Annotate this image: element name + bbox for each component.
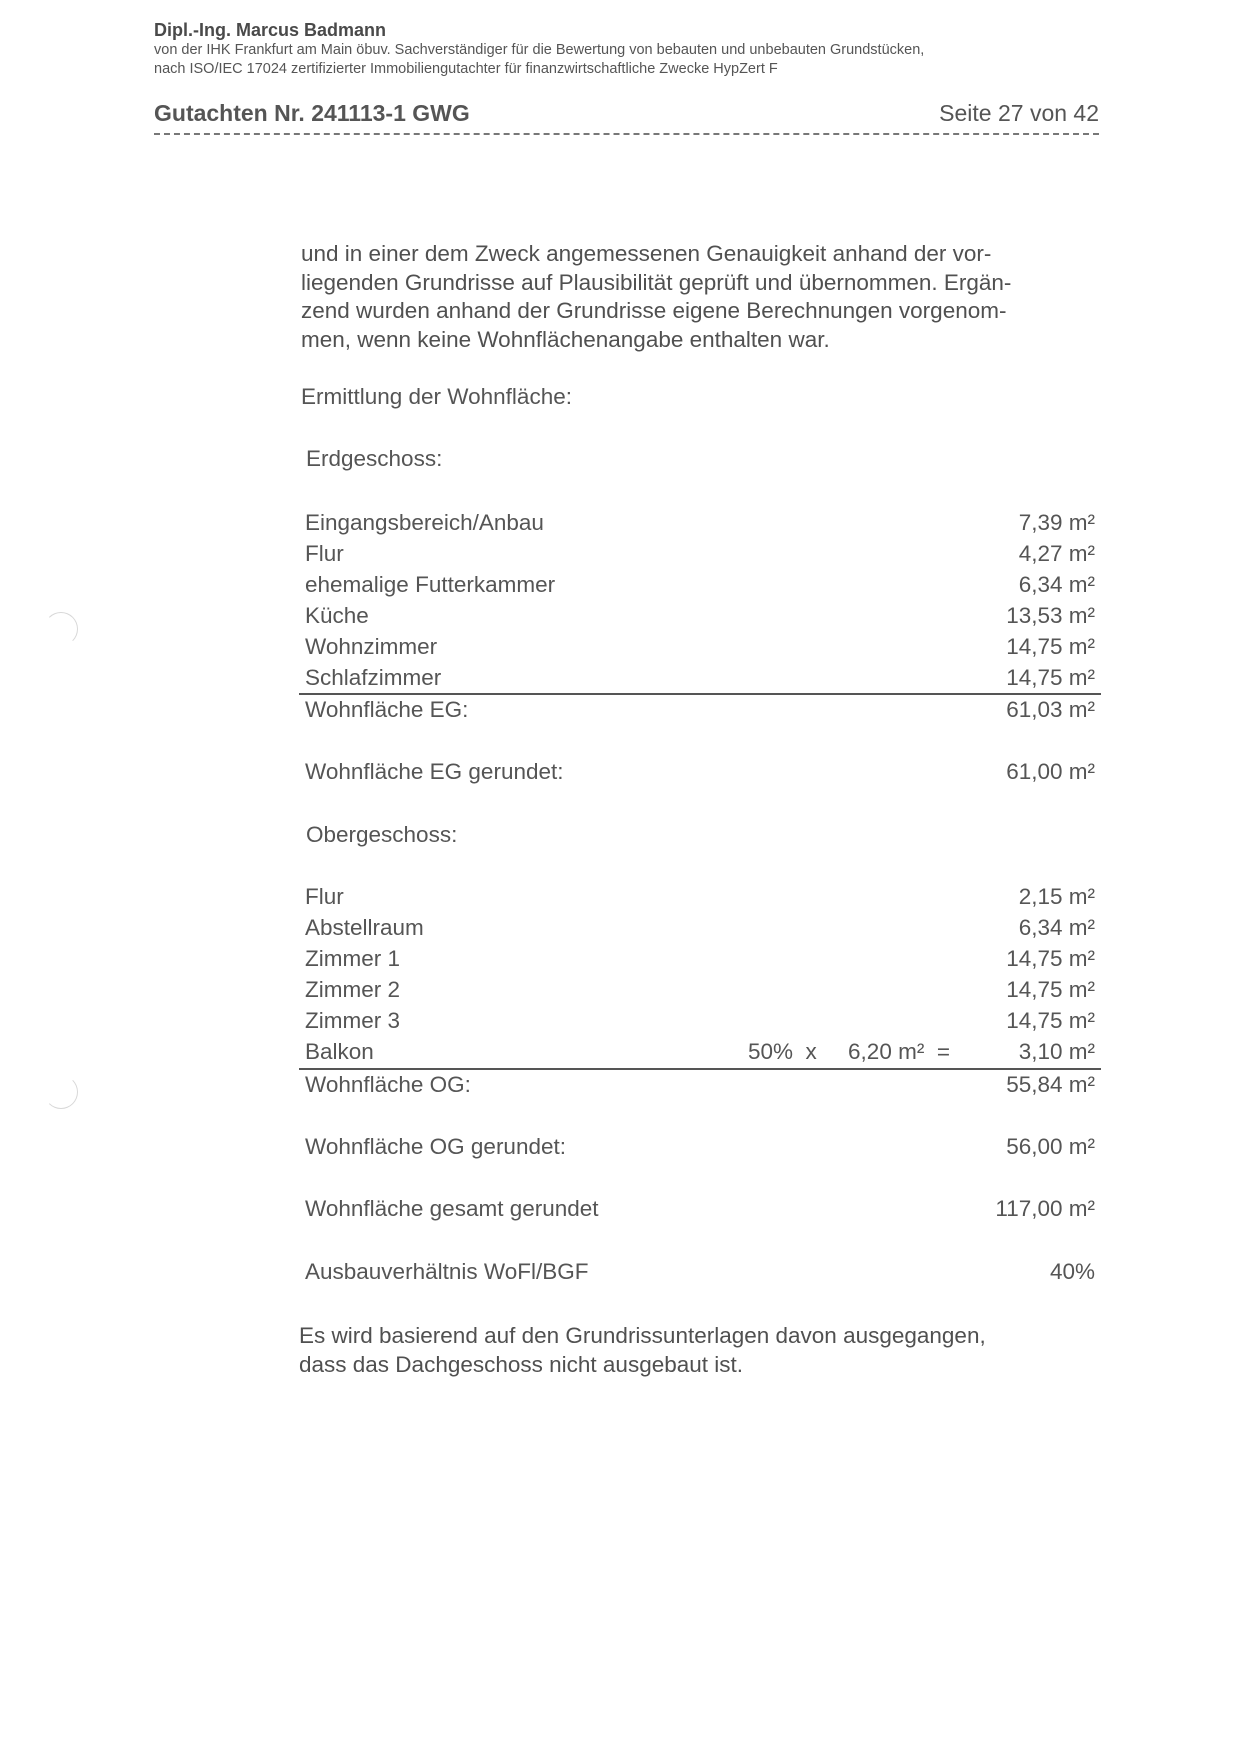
table-row: Ausbauverhältnis WoFl/BGF40% xyxy=(305,1256,1095,1287)
intro-line: liegenden Grundrisse auf Plausibilität g… xyxy=(301,269,1101,298)
author-name: Dipl.-Ing. Marcus Badmann xyxy=(154,20,386,41)
table-row: ehemalige Futterkammer6,34 m² xyxy=(305,569,1095,600)
total-area-label: Wohnfläche gesamt gerundet xyxy=(305,1193,599,1224)
room-area: 6,34 m² xyxy=(1019,569,1095,600)
eg-total: Wohnfläche EG:61,03 m² xyxy=(305,694,1095,725)
table-row: Wohnfläche EG gerundet:61,00 m² xyxy=(305,756,1095,787)
rounded-label: Wohnfläche OG gerundet: xyxy=(305,1131,566,1162)
eg-rounded: Wohnfläche EG gerundet:61,00 m² xyxy=(305,756,1095,787)
total-value: 61,03 m² xyxy=(1006,694,1095,725)
og-rounded: Wohnfläche OG gerundet:56,00 m² xyxy=(305,1131,1095,1162)
rounded-value: 61,00 m² xyxy=(1006,756,1095,787)
room-area: 6,34 m² xyxy=(1019,912,1095,943)
page-number: Seite 27 von 42 xyxy=(939,100,1099,127)
total-label: Wohnfläche EG: xyxy=(305,694,468,725)
room-label: Abstellraum xyxy=(305,912,424,943)
section-heading: Ermittlung der Wohnfläche: xyxy=(301,384,572,410)
table-row: Flur4,27 m² xyxy=(305,538,1095,569)
author-credentials-line-2: nach ISO/IEC 17024 zertifizierter Immobi… xyxy=(154,61,778,77)
rounded-label: Wohnfläche EG gerundet: xyxy=(305,756,564,787)
table-row: Wohnfläche OG gerundet:56,00 m² xyxy=(305,1131,1095,1162)
room-area: 4,27 m² xyxy=(1019,538,1095,569)
room-label: Flur xyxy=(305,538,344,569)
room-area: 14,75 m² xyxy=(1006,662,1095,693)
room-label: Zimmer 2 xyxy=(305,974,400,1005)
ratio-label: Ausbauverhältnis WoFl/BGF xyxy=(305,1256,588,1287)
table-row: Flur2,15 m² xyxy=(305,881,1095,912)
table-row: Wohnfläche EG:61,03 m² xyxy=(305,694,1095,725)
room-label: Eingangsbereich/Anbau xyxy=(305,507,544,538)
intro-line: und in einer dem Zweck angemessenen Gena… xyxy=(301,240,1101,269)
table-row: Schlafzimmer14,75 m² xyxy=(305,662,1095,693)
eg-heading: Erdgeschoss: xyxy=(306,446,442,472)
table-row: Zimmer 314,75 m² xyxy=(305,1005,1095,1036)
total-area: Wohnfläche gesamt gerundet117,00 m² xyxy=(305,1193,1095,1224)
room-area: 3,10 m² xyxy=(1019,1036,1095,1067)
room-label: Schlafzimmer xyxy=(305,662,441,693)
room-area: 14,75 m² xyxy=(1006,974,1095,1005)
room-area: 14,75 m² xyxy=(1006,943,1095,974)
table-row: Balkon50% x 6,20 m² =3,10 m² xyxy=(305,1036,1095,1067)
report-title: Gutachten Nr. 241113-1 GWG xyxy=(154,100,470,127)
room-label: Balkon xyxy=(305,1036,374,1067)
closing-line: Es wird basierend auf den Grundrissunter… xyxy=(299,1322,1099,1351)
expansion-ratio: Ausbauverhältnis WoFl/BGF40% xyxy=(305,1256,1095,1287)
ratio-value: 40% xyxy=(1050,1256,1095,1287)
closing-paragraph: Es wird basierend auf den Grundrissunter… xyxy=(299,1322,1099,1379)
intro-line: zend wurden anhand der Grundrisse eigene… xyxy=(301,297,1101,326)
table-row: Zimmer 214,75 m² xyxy=(305,974,1095,1005)
room-area: 7,39 m² xyxy=(1019,507,1095,538)
room-label: Wohnzimmer xyxy=(305,631,437,662)
room-area: 2,15 m² xyxy=(1019,881,1095,912)
room-label: Zimmer 3 xyxy=(305,1005,400,1036)
total-label: Wohnfläche OG: xyxy=(305,1069,471,1100)
room-label: Flur xyxy=(305,881,344,912)
table-row: Zimmer 114,75 m² xyxy=(305,943,1095,974)
rounded-value: 56,00 m² xyxy=(1006,1131,1095,1162)
total-value: 55,84 m² xyxy=(1006,1069,1095,1100)
balcony-calculation: 50% x 6,20 m² = xyxy=(748,1036,950,1067)
og-table: Flur2,15 m² Abstellraum6,34 m² Zimmer 11… xyxy=(305,881,1095,1067)
room-label: ehemalige Futterkammer xyxy=(305,569,555,600)
table-row: Eingangsbereich/Anbau7,39 m² xyxy=(305,507,1095,538)
room-label: Küche xyxy=(305,600,369,631)
room-area: 13,53 m² xyxy=(1006,600,1095,631)
table-row: Wohnzimmer14,75 m² xyxy=(305,631,1095,662)
room-label: Zimmer 1 xyxy=(305,943,400,974)
closing-line: dass das Dachgeschoss nicht ausgebaut is… xyxy=(299,1351,1099,1380)
punch-hole-mark xyxy=(44,1075,78,1109)
og-total: Wohnfläche OG:55,84 m² xyxy=(305,1069,1095,1100)
room-area: 14,75 m² xyxy=(1006,1005,1095,1036)
og-heading: Obergeschoss: xyxy=(306,822,457,848)
intro-line: men, wenn keine Wohnflächenangabe enthal… xyxy=(301,326,1101,355)
table-row: Abstellraum6,34 m² xyxy=(305,912,1095,943)
table-row: Wohnfläche gesamt gerundet117,00 m² xyxy=(305,1193,1095,1224)
table-row: Wohnfläche OG:55,84 m² xyxy=(305,1069,1095,1100)
table-row: Küche13,53 m² xyxy=(305,600,1095,631)
eg-table: Eingangsbereich/Anbau7,39 m² Flur4,27 m²… xyxy=(305,507,1095,693)
total-area-value: 117,00 m² xyxy=(995,1193,1095,1224)
room-area: 14,75 m² xyxy=(1006,631,1095,662)
header-divider xyxy=(154,133,1099,135)
intro-paragraph: und in einer dem Zweck angemessenen Gena… xyxy=(301,240,1101,354)
punch-hole-mark xyxy=(44,612,78,646)
author-credentials-line-1: von der IHK Frankfurt am Main öbuv. Sach… xyxy=(154,42,924,58)
